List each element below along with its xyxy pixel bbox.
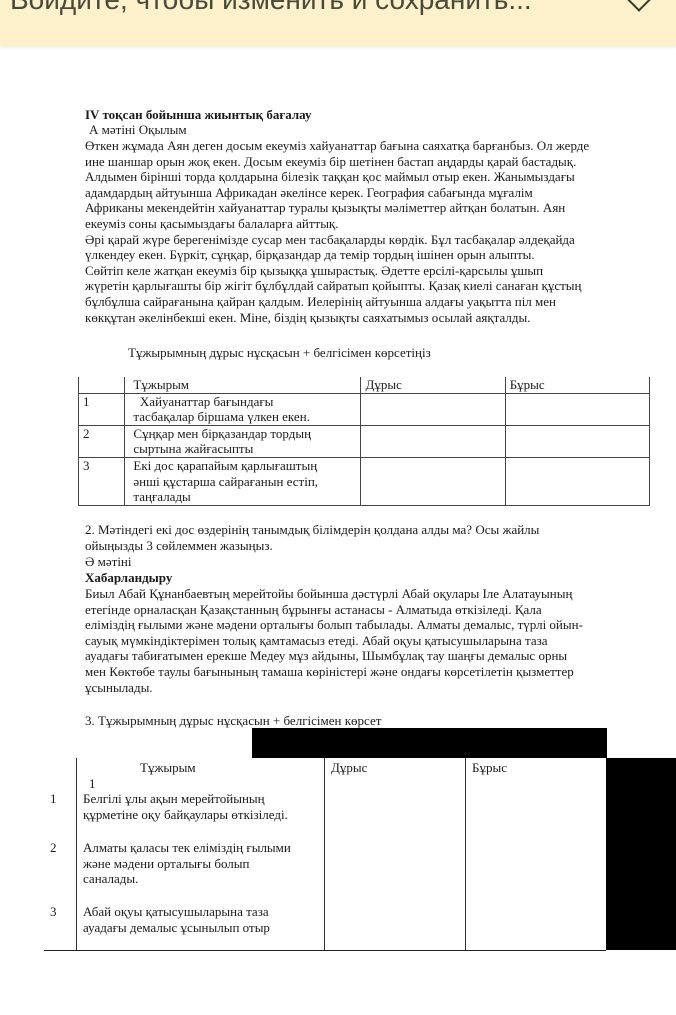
table-header-sub: 1 (89, 776, 96, 792)
task3-instruction: 3. Тұжырымның дұрыс нұсқасын + белгісіме… (85, 713, 381, 729)
text-b-body: Биыл Абай Құнанбаевтың мерейтойы бойынша… (85, 586, 655, 695)
statement-cell: Сұңқар мен бірқазандар тордың сыртына жа… (125, 425, 361, 457)
table-row: 3Екі дос қарапайым қарлығаштың әнші құст… (79, 457, 650, 505)
text-line: мен Көктөбе таулы бағынының тамаша көрін… (85, 664, 655, 680)
text-line: Африканы мекендейтін хайуанаттар туралы … (85, 200, 655, 216)
column-divider (76, 758, 77, 950)
row-number: 2 (50, 840, 57, 856)
statement-cell: Белгілі ұлы ақын мерейтойының құрметіне … (83, 791, 288, 822)
wrong-cell[interactable] (505, 425, 649, 457)
row-number: 2 (79, 425, 125, 457)
table-header-cell: Бұрыс (472, 760, 507, 776)
statement-cell: Абай оқуы қатысушыларына таза ауадағы де… (83, 904, 270, 935)
text-line: ұсынылады. (85, 680, 655, 696)
table-header-cell: Тұжырым (140, 760, 196, 776)
text-line: Әрі қарай жүре берегенімізде сусар мен т… (85, 232, 655, 248)
text-line: ауадағы табиғатымен ерекше Медеу мұз айд… (85, 648, 655, 664)
text-b-label: Ә мәтіні (85, 554, 132, 570)
text-line: Өткен жұмада Аян деген досым екеуміз хай… (85, 138, 655, 154)
text-line: жүретін қарлығашты бір жігіт бұлбұлдай с… (85, 278, 655, 294)
text-line: екеуміз соны қасымыздағы балаларға айтты… (85, 216, 655, 232)
wrong-cell[interactable] (472, 904, 602, 944)
text-line: етегінде орналасқан Қазақстанның бұрынғы… (85, 602, 655, 618)
correct-cell[interactable] (361, 425, 505, 457)
text-line: Биыл Абай Құнанбаевтың мерейтойы бойынша… (85, 586, 655, 602)
statement-cell: Екі дос қарапайым қарлығаштың әнші құста… (125, 457, 361, 505)
text-line: көкқұтан әкелінбекші екен. Міне, біздің … (85, 310, 655, 326)
wrong-cell[interactable] (505, 393, 649, 425)
table-header-cell: Тұжырым (125, 377, 361, 393)
sign-in-banner[interactable]: Войдите, чтобы изменить и сохранить... (0, 0, 676, 46)
wrong-cell[interactable] (505, 457, 649, 505)
text-line: еліміздің ғылыми және мәдени орталығы бо… (85, 617, 655, 633)
table-header-cell: Дұрыс (331, 760, 367, 776)
statement-cell: Алматы қаласы тек еліміздің ғылыми және … (83, 840, 291, 887)
text-a-body: Өткен жұмада Аян деген досым екеуміз хай… (85, 138, 655, 325)
wrong-cell[interactable] (472, 840, 602, 880)
task3-table: ТұжырымДұрысБұрыс11Белгілі ұлы ақын мере… (44, 758, 606, 951)
task1-instruction: Тұжырымның дұрыс нұсқасын + белгісімен к… (128, 345, 431, 361)
banner-text: Войдите, чтобы изменить и сохранить... (10, 0, 532, 16)
table-header-cell: Бұрыс (505, 377, 649, 393)
text-line: бұлбұлша сайрағанына қайран қалдым. Иеле… (85, 294, 655, 310)
redacted-block (606, 758, 676, 950)
task1-table: ТұжырымДұрысБұрыс1 Хайуанаттар бағындағы… (78, 377, 650, 506)
table-header-cell (79, 377, 125, 393)
row-number: 1 (79, 393, 125, 425)
task2-question: 2. Мәтіндегі екі дос өздерінің танымдық … (85, 522, 655, 553)
text-line: сауық мүмкіндіктерімен толық қамтамасыз … (85, 633, 655, 649)
row-number: 1 (50, 791, 57, 807)
text-line: Алдымен бірінші торда қолдарына білезік … (85, 169, 655, 185)
chevron-down-icon[interactable] (626, 0, 651, 12)
text-line: адамдардың айтуынша Африкадан әкелінсе к… (85, 185, 655, 201)
column-divider (324, 758, 325, 950)
text-line: ойыңызды 3 сөйлеммен жазыңыз. (85, 538, 655, 554)
row-number: 3 (50, 904, 57, 920)
text-line: ине шаншар орын жоқ екен. Досым екеуміз … (85, 154, 655, 170)
correct-cell[interactable] (331, 904, 461, 944)
row-number: 3 (79, 457, 125, 505)
redacted-block (252, 728, 607, 758)
correct-cell[interactable] (361, 457, 505, 505)
table-header-cell: Дұрыс (361, 377, 505, 393)
statement-cell: Хайуанаттар бағындағы тасбақалар біршама… (125, 393, 361, 425)
table-row: 1 Хайуанаттар бағындағы тасбақалар бірша… (79, 393, 650, 425)
text-line: 2. Мәтіндегі екі дос өздерінің танымдық … (85, 522, 655, 538)
text-a-label: А мәтіні Оқылым (89, 122, 187, 138)
correct-cell[interactable] (361, 393, 505, 425)
column-divider (465, 758, 466, 950)
wrong-cell[interactable] (472, 791, 602, 831)
document-heading: IV тоқсан бойынша жиынтық бағалау (85, 107, 312, 123)
correct-cell[interactable] (331, 840, 461, 880)
text-line: Сөйтіп келе жатқан екеуміз бір қызыққа ұ… (85, 263, 655, 279)
correct-cell[interactable] (331, 791, 461, 831)
table-row: 2Сұңқар мен бірқазандар тордың сыртына ж… (79, 425, 650, 457)
text-b-title: Хабарландыру (85, 570, 172, 586)
text-line: үлкендеу екен. Бүркіт, сұңқар, бірқазанд… (85, 247, 655, 263)
